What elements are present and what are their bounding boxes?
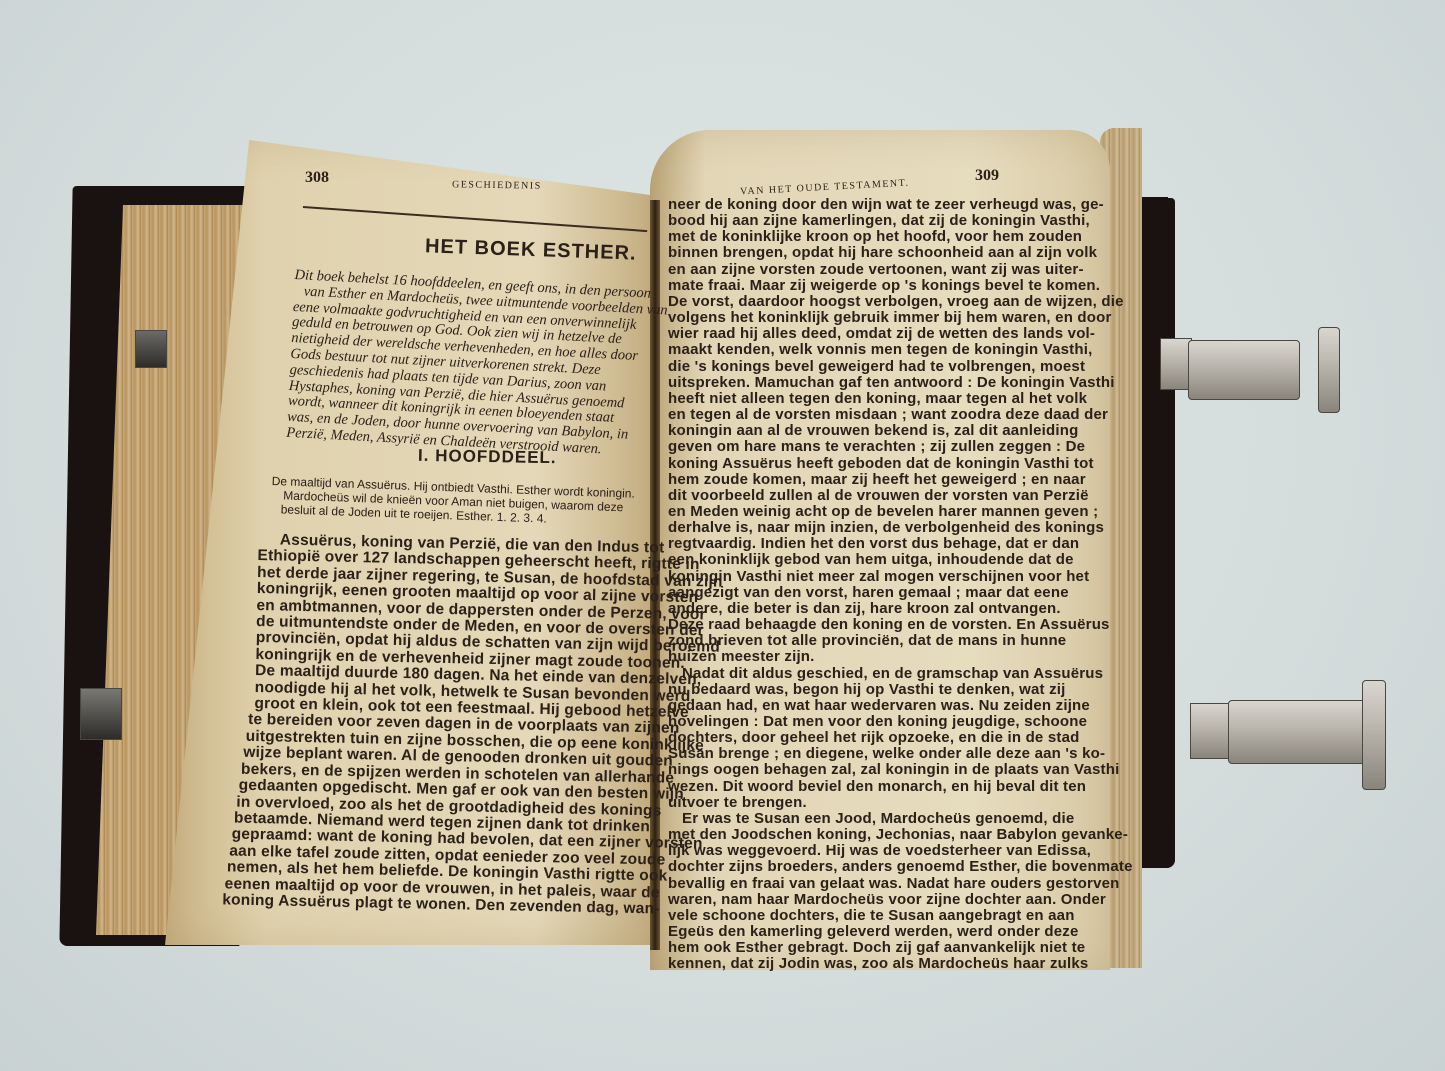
body-line: Egeüs den kamerling geleverd werden, wer… <box>668 924 1133 940</box>
body-line: vele schoone dochters, die te Susan aang… <box>668 908 1133 924</box>
silver-clasp-bottom-end <box>1362 680 1386 790</box>
body-line: kennen, dat zij Jodin was, zoo als Mardo… <box>668 956 1133 972</box>
body-line: uitspreken. Mamuchan gaf ten antwoord : … <box>668 375 1133 391</box>
body-line: De vorst, daardoor hoogst verbolgen, vro… <box>668 294 1133 310</box>
body-line: binnen brengen, opdat hij hare schoonhei… <box>668 245 1133 261</box>
body-line: koning Assuërus heeft geboden dat de kon… <box>668 456 1133 472</box>
body-line: uitvoer te brengen. <box>668 795 1133 811</box>
body-line: dochters, door geheel het rijk opzoeke, … <box>668 730 1133 746</box>
body-line: derhalve is, naar mijn inzien, de verbol… <box>668 520 1133 536</box>
body-line: en aan zijne vorsten zoude vertoonen, wa… <box>668 262 1133 278</box>
body-line: een koninklijk gebod van hem uitga, inho… <box>668 552 1133 568</box>
body-line: regtvaardig. Indien het den vorst dus be… <box>668 536 1133 552</box>
body-line: maakt kenden, welk vonnis men tegen de k… <box>668 342 1133 358</box>
body-line: dochter zijns broeders, anders genoemd E… <box>668 859 1133 875</box>
body-line: wier raad hij alles deed, omdat zij de w… <box>668 326 1133 342</box>
body-line: mate fraai. Maar zij weigerde op 's koni… <box>668 278 1133 294</box>
body-line: Er was te Susan een Jood, Mardocheüs gen… <box>668 811 1133 827</box>
body-line: Deze raad behaagde den koning en de vors… <box>668 617 1133 633</box>
body-line: huizen meester zijn. <box>668 649 1133 665</box>
photo-scene: 308 GESCHIEDENIS HET BOEK ESTHER. Dit bo… <box>0 0 1445 1071</box>
body-line: waren, nam haar Mardocheüs voor zijne do… <box>668 892 1133 908</box>
body-line: die 's konings bevel geweigerd had te vo… <box>668 359 1133 375</box>
silver-clasp-bottom <box>1228 700 1370 764</box>
clasp-hinge-left-bottom <box>80 688 122 740</box>
right-body-text: neer de koning door den wijn wat te zeer… <box>668 197 1133 973</box>
body-line: heeft niet alleen tegen den koning, maar… <box>668 391 1133 407</box>
body-line: koningin aan al de vrouwen bekend is, za… <box>668 423 1133 439</box>
silver-clasp-top-end <box>1318 327 1340 413</box>
body-line: Susan brenge ; en diegene, welke onder a… <box>668 746 1133 762</box>
body-line: nu bedaard was, begon hij op Vasthi te d… <box>668 682 1133 698</box>
body-line: bood hij aan zijne kamerlingen, dat zij … <box>668 213 1133 229</box>
body-line: koningin Vasthi niet meer zal mogen vers… <box>668 569 1133 585</box>
body-line: en Meden weinig acht op de bevelen harer… <box>668 504 1133 520</box>
body-line: nings oogen behagen zal, zal koningin in… <box>668 762 1133 778</box>
left-page-number: 308 <box>305 170 329 186</box>
body-line: hem ook Esther gebragt. Doch zij gaf aan… <box>668 940 1133 956</box>
clasp-hinge-left-top <box>135 330 167 368</box>
chapter-heading: I. HOOFDDEEL. <box>418 447 557 466</box>
body-line: gedaan had, en wat haar wedervaren was. … <box>668 698 1133 714</box>
body-line: en tegen al de vorsten misdaan ; want zo… <box>668 407 1133 423</box>
body-line: zond brieven tot alle provinciën, dat de… <box>668 633 1133 649</box>
body-line: hovelingen : Dat men voor den koning jeu… <box>668 714 1133 730</box>
body-line: volgens het koninklijk gebruik immer bij… <box>668 310 1133 326</box>
body-line: wezen. Dit woord beviel den monarch, en … <box>668 779 1133 795</box>
right-page-number: 309 <box>975 168 999 184</box>
body-line: geven om hare mans te verachten ; zij zu… <box>668 439 1133 455</box>
body-line: hem zoude komen, maar zij heeft het gewe… <box>668 472 1133 488</box>
body-line: Nadat dit aldus geschied, en de gramscha… <box>668 666 1133 682</box>
body-line: bevallig en fraai van gelaat was. Nadat … <box>668 876 1133 892</box>
book-introduction: Dit boek behelst 16 hoofddeelen, en geef… <box>286 268 669 461</box>
left-running-head: GESCHIEDENIS <box>452 180 542 192</box>
body-line: andere, die beter is dan zij, hare kroon… <box>668 601 1133 617</box>
body-line: neer de koning door den wijn wat te zeer… <box>668 197 1133 213</box>
body-line: lijk was weggevoerd. Hij was de voedster… <box>668 843 1133 859</box>
left-body-text: Assuërus, koning van Perzië, die van den… <box>250 532 723 919</box>
body-line: met den Joodschen koning, Jechonias, naa… <box>668 827 1133 843</box>
body-line: aangezigt van den vorst, haren gemaal ; … <box>668 585 1133 601</box>
body-line: dit voorbeeld zullen al de vrouwen der v… <box>668 488 1133 504</box>
silver-clasp-top <box>1188 340 1300 400</box>
body-line: met de koninklijke kroon op het hoofd, v… <box>668 229 1133 245</box>
